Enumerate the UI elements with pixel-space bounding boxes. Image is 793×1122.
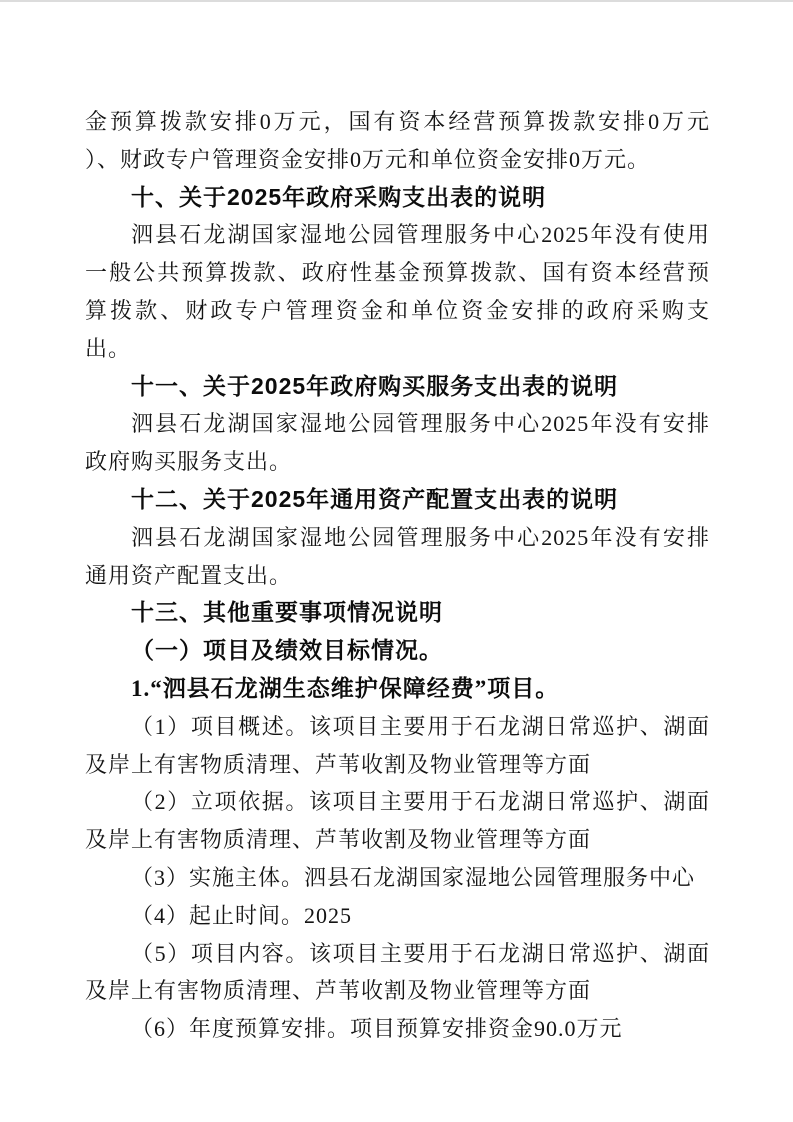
paragraph-line: （4）起止时间。2025: [85, 897, 710, 935]
paragraph-continued-line: 金预算拨款安排0万元，国有资本经营预算拨款安排0万元: [85, 103, 710, 141]
paragraph-line: 及岸上有害物质清理、芦苇收割及物业管理等方面: [85, 746, 710, 784]
paragraph-line: 泗县石龙湖国家湿地公园管理服务中心2025年没有使用: [85, 216, 710, 254]
paragraph-line: 政府购买服务支出。: [85, 443, 710, 481]
paragraph-line: （1）项目概述。该项目主要用于石龙湖日常巡护、湖面: [85, 708, 710, 746]
paragraph-line: （5）项目内容。该项目主要用于石龙湖日常巡护、湖面: [85, 935, 710, 973]
paragraph-line: 泗县石龙湖国家湿地公园管理服务中心2025年没有安排: [85, 519, 710, 557]
paragraph-line: （6）年度预算安排。项目预算安排资金90.0万元: [85, 1010, 710, 1048]
paragraph-line: 及岸上有害物质清理、芦苇收割及物业管理等方面: [85, 821, 710, 859]
heading-line: 十二、关于2025年通用资产配置支出表的说明: [85, 481, 710, 519]
paragraph-line: 泗县石龙湖国家湿地公园管理服务中心2025年没有安排: [85, 405, 710, 443]
paragraph-line: 通用资产配置支出。: [85, 557, 710, 595]
paragraph-line: 及岸上有害物质清理、芦苇收割及物业管理等方面: [85, 972, 710, 1010]
paragraph-line: 出。: [85, 330, 710, 368]
paragraph-line: 算拨款、财政专户管理资金和单位资金安排的政府采购支: [85, 292, 710, 330]
subheading-line: （一）项目及绩效目标情况。: [85, 632, 710, 670]
document-page: 金预算拨款安排0万元，国有资本经营预算拨款安排0万元）、财政专户管理资金安排0万…: [0, 0, 793, 1122]
paragraph-line: （2）立项依据。该项目主要用于石龙湖日常巡护、湖面: [85, 783, 710, 821]
subheading-num-line: 1.“泗县石龙湖生态维护保障经费”项目。: [85, 670, 710, 708]
heading-line: 十一、关于2025年政府购买服务支出表的说明: [85, 368, 710, 406]
document-body: 金预算拨款安排0万元，国有资本经营预算拨款安排0万元）、财政专户管理资金安排0万…: [85, 103, 710, 1048]
paragraph-continued-line: ）、财政专户管理资金安排0万元和单位资金安排0万元。: [85, 141, 710, 179]
heading-line: 十、关于2025年政府采购支出表的说明: [85, 179, 710, 217]
paragraph-line: 一般公共预算拨款、政府性基金预算拨款、国有资本经营预: [85, 254, 710, 292]
heading-line: 十三、其他重要事项情况说明: [85, 594, 710, 632]
paragraph-line: （3）实施主体。泗县石龙湖国家湿地公园管理服务中心: [85, 859, 710, 897]
